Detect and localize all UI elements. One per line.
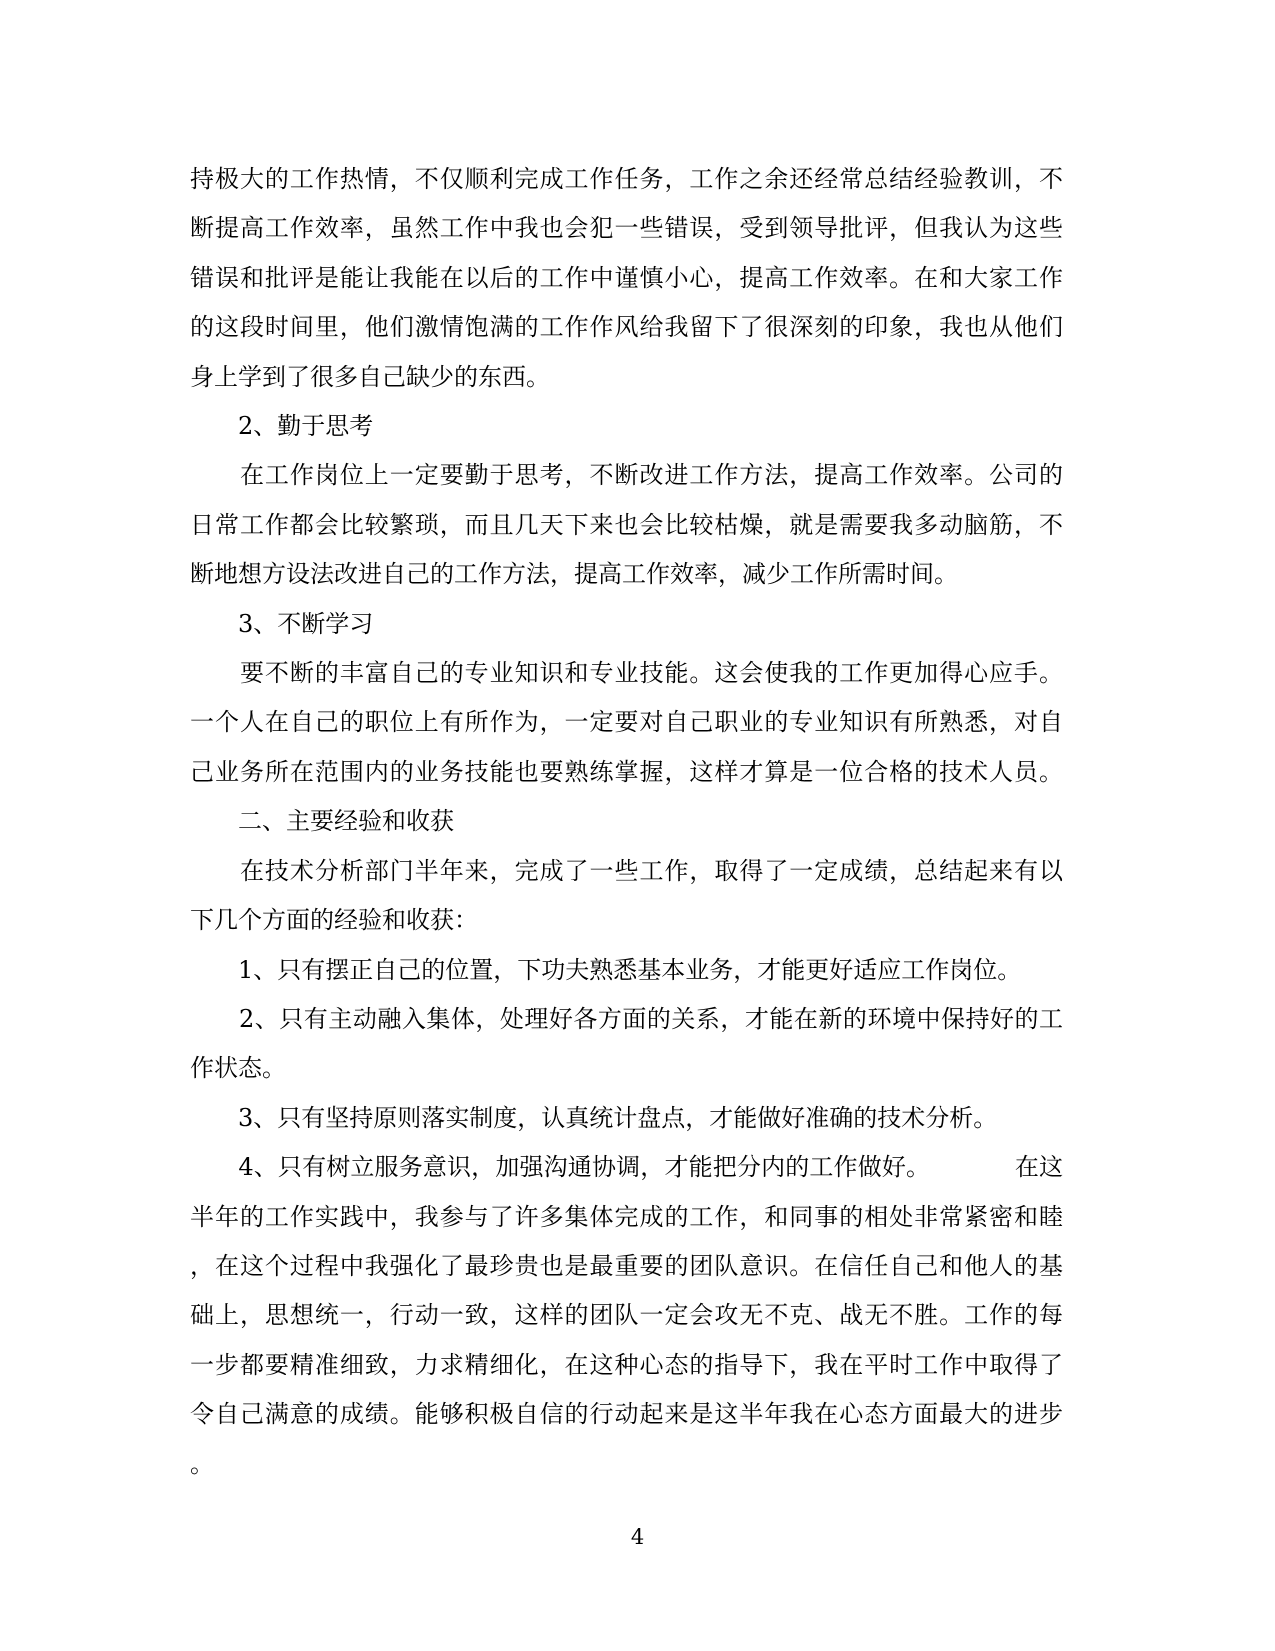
text-line: 1、只有摆正自己的位置，下功夫熟悉基本业务，才能更好适应工作岗位。 xyxy=(190,946,1063,995)
text-line: 要不断的丰富自己的专业知识和专业技能。这会使我的工作更加得心应手。 xyxy=(190,649,1063,698)
section-heading: 2、勤于思考 xyxy=(190,402,1063,451)
text-line: 身上学到了很多自己缺少的东西。 xyxy=(190,353,1063,402)
text-line: 在技术分析部门半年来，完成了一些工作，取得了一定成绩，总结起来有以 xyxy=(190,847,1063,896)
text-line: 错误和批评是能让我能在以后的工作中谨慎小心，提高工作效率。在和大家工作 xyxy=(190,254,1063,303)
text-line: 一个人在自己的职位上有所作为，一定要对自己职业的专业知识有所熟悉，对自 xyxy=(190,698,1063,747)
text-line: 3、只有坚持原则落实制度，认真统计盘点，才能做好准确的技术分析。 xyxy=(190,1094,1063,1143)
text-line: 己业务所在范围内的业务技能也要熟练掌握，这样才算是一位合格的技术人员。 xyxy=(190,748,1063,797)
text-line: 础上，思想统一，行动一致，这样的团队一定会攻无不克、战无不胜。工作的每 xyxy=(190,1291,1063,1340)
text-line: 。 xyxy=(190,1440,1063,1489)
text-line: 在工作岗位上一定要勤于思考，不断改进工作方法，提高工作效率。公司的 xyxy=(190,451,1063,500)
page-number: 4 xyxy=(0,1522,1275,1552)
text-line: 4、只有树立服务意识，加强沟通协调，才能把分内的工作做好。 在这 xyxy=(190,1143,1063,1192)
text-line: 令自己满意的成绩。能够积极自信的行动起来是这半年我在心态方面最大的进步 xyxy=(190,1390,1063,1439)
document-page: 持极大的工作热情，不仅顺利完成工作任务，工作之余还经常总结经验教训，不 断提高工… xyxy=(0,0,1275,1651)
section-heading: 3、不断学习 xyxy=(190,600,1063,649)
text-line: 日常工作都会比较繁琐，而且几天下来也会比较枯燥，就是需要我多动脑筋，不 xyxy=(190,501,1063,550)
text-line: 持极大的工作热情，不仅顺利完成工作任务，工作之余还经常总结经验教训，不 xyxy=(190,155,1063,204)
text-line: 一步都要精准细致，力求精细化，在这种心态的指导下，我在平时工作中取得了 xyxy=(190,1341,1063,1390)
text-line: ，在这个过程中我强化了最珍贵也是最重要的团队意识。在信任自己和他人的基 xyxy=(190,1242,1063,1291)
text-line: 半年的工作实践中，我参与了许多集体完成的工作，和同事的相处非常紧密和睦 xyxy=(190,1193,1063,1242)
text-line: 断提高工作效率，虽然工作中我也会犯一些错误，受到领导批评，但我认为这些 xyxy=(190,204,1063,253)
document-text: 持极大的工作热情，不仅顺利完成工作任务，工作之余还经常总结经验教训，不 断提高工… xyxy=(190,155,1063,1489)
text-line: 2、只有主动融入集体，处理好各方面的关系，才能在新的环境中保持好的工 xyxy=(190,995,1063,1044)
text-line: 断地想方设法改进自己的工作方法，提高工作效率，减少工作所需时间。 xyxy=(190,550,1063,599)
section-heading: 二、主要经验和收获 xyxy=(190,797,1063,846)
text-line: 作状态。 xyxy=(190,1044,1063,1093)
text-line: 的这段时间里，他们激情饱满的工作作风给我留下了很深刻的印象，我也从他们 xyxy=(190,303,1063,352)
text-line: 下几个方面的经验和收获： xyxy=(190,896,1063,945)
